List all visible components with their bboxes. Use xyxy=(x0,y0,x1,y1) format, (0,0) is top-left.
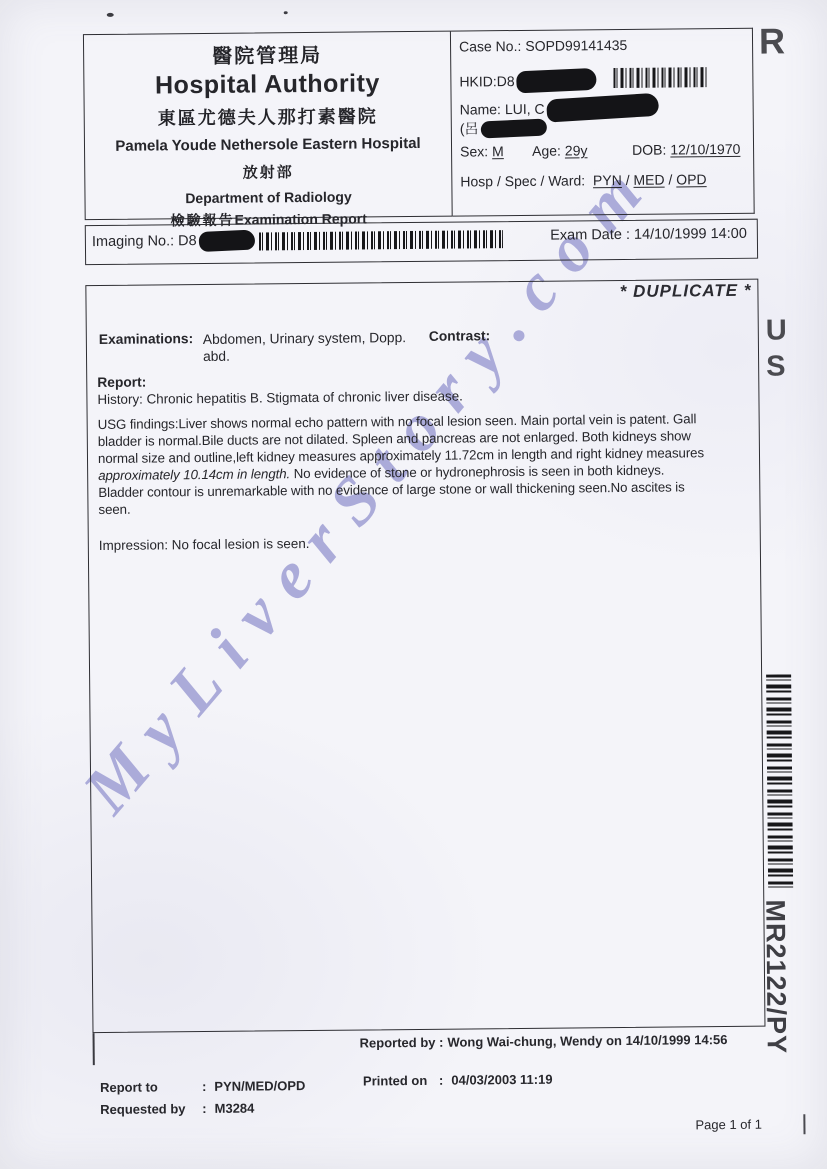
examinations-value-line1: Abdomen, Urinary system, Dopp. xyxy=(203,329,406,348)
sex-value: M xyxy=(492,143,504,159)
printed-on-value: 04/03/2003 11:19 xyxy=(451,1072,552,1088)
hkid-visible-value: D8 xyxy=(497,73,515,89)
name-visible-value: LUI, C xyxy=(505,100,545,116)
exam-date: Exam Date :14/10/1999 14:00 xyxy=(550,226,747,244)
colon: : xyxy=(439,1073,443,1088)
hkid-row: HKID:D8 xyxy=(459,69,596,92)
hkid-barcode xyxy=(613,67,707,88)
page-number: Page 1 of 1 xyxy=(695,1117,762,1133)
colon: : xyxy=(202,1079,206,1094)
examinations-row: Examinations: Abdomen, Urinary system, D… xyxy=(99,329,407,366)
report-to-row: Report to:PYN/MED/OPD xyxy=(100,1078,305,1095)
requested-by-value: M3284 xyxy=(215,1101,255,1116)
name-label: Name: xyxy=(460,101,501,117)
separator: / xyxy=(668,171,672,187)
department-en: Department of Radiology xyxy=(85,188,451,208)
case-no-label: Case No.: xyxy=(459,38,521,55)
imaging-barcode xyxy=(259,230,503,250)
sex-label: Sex: xyxy=(460,143,488,159)
hospital-name-en: Pamela Youde Nethersole Eastern Hospital xyxy=(85,135,451,156)
dob-label: DOB: xyxy=(632,142,666,158)
examinations-value-line2: abd. xyxy=(203,346,406,365)
scan-artifact xyxy=(107,13,114,17)
history-line: History: Chronic hepatitis B. Stigmata o… xyxy=(97,389,463,408)
contrast-label: Contrast: xyxy=(429,328,490,344)
name-zh-redaction xyxy=(480,118,547,138)
report-to-value: PYN/MED/OPD xyxy=(214,1078,305,1094)
ward-row: Hosp / Spec / Ward: PYN / MED / OPD xyxy=(460,171,706,189)
age-label: Age: xyxy=(532,143,561,159)
report-to-label: Report to xyxy=(100,1079,202,1095)
name-zh-visible: (呂 xyxy=(460,118,479,138)
film-code: MR2122/PY xyxy=(759,899,792,1114)
name-redaction xyxy=(546,93,659,123)
examinations-label: Examinations: xyxy=(99,331,203,366)
spec-value: MED xyxy=(633,172,664,188)
reported-by-value: Wong Wai-chung, Wendy on 14/10/1999 14:5… xyxy=(447,1032,727,1050)
patient-header-box: Case No.:SOPD99141435 HKID:D8 Name:LUI, … xyxy=(451,28,755,217)
printed-on-label: Printed on xyxy=(363,1073,439,1089)
border-remnant xyxy=(93,1033,95,1065)
dob-value: 12/10/1970 xyxy=(670,141,740,158)
hkid-redaction xyxy=(516,68,597,94)
department-zh: 放射部 xyxy=(85,160,451,185)
printed-on-row: Printed on:04/03/2003 11:19 xyxy=(363,1072,553,1089)
imaging-no-label: Imaging No.: xyxy=(92,233,174,250)
scanned-report-page: MyLiverStory.com 醫院管理局 Hospital Authorit… xyxy=(0,0,827,1169)
colon: : xyxy=(202,1101,206,1116)
exam-date-value: 14/10/1999 14:00 xyxy=(634,226,747,243)
case-no-value: SOPD99141435 xyxy=(525,37,627,54)
ward-value: OPD xyxy=(676,171,706,187)
hospital-header-box: 醫院管理局 Hospital Authority 東區尤德夫人那打素醫院 Pam… xyxy=(83,31,453,221)
ward-label: Hosp / Spec / Ward: xyxy=(460,172,585,189)
case-no-row: Case No.:SOPD99141435 xyxy=(459,37,627,55)
sex-age-dob-row: Sex:M Age:29y DOB:12/10/1970 xyxy=(460,141,746,160)
name-row: Name:LUI, C xyxy=(460,96,659,121)
org-name-zh: 醫院管理局 xyxy=(84,38,450,71)
exam-date-label: Exam Date : xyxy=(550,227,630,244)
impression-line: Impression: No focal lesion is seen. xyxy=(99,536,310,553)
reported-by-row: Reported by :Wong Wai-chung, Wendy on 14… xyxy=(360,1032,728,1051)
org-name-en: Hospital Authority xyxy=(84,69,450,102)
side-barcode xyxy=(766,674,793,888)
margin-letter-s: S xyxy=(766,350,786,383)
hkid-label: HKID: xyxy=(459,73,496,89)
findings-line4-italic: approximately 10.14cm in length. xyxy=(98,466,290,483)
margin-letter-u: U xyxy=(766,314,787,347)
border-remnant xyxy=(803,1114,805,1134)
name-zh-row: (呂 xyxy=(460,118,547,139)
imaging-no-redaction xyxy=(198,230,255,252)
usg-findings: USG findings:Liver shows normal echo pat… xyxy=(98,410,705,518)
report-body-box: * DUPLICATE * Examinations: Abdomen, Uri… xyxy=(85,279,765,1033)
age-value: 29y xyxy=(565,142,588,158)
report-label: Report: xyxy=(97,375,146,390)
requested-by-row: Requested by:M3284 xyxy=(100,1101,254,1117)
requested-by-label: Requested by xyxy=(100,1101,202,1117)
reported-by-label: Reported by : xyxy=(360,1035,444,1051)
hosp-value: PYN xyxy=(593,172,622,188)
imaging-no-visible: D8 xyxy=(178,233,197,249)
duplicate-stamp: * DUPLICATE * xyxy=(620,281,752,302)
imaging-number-bar: Imaging No.:D8 Exam Date :14/10/1999 14:… xyxy=(85,219,758,265)
separator: / xyxy=(626,172,630,188)
margin-letter-r: R xyxy=(759,20,785,62)
hospital-name-zh: 東區尤德夫人那打素醫院 xyxy=(85,102,451,132)
scan-artifact xyxy=(284,11,288,14)
